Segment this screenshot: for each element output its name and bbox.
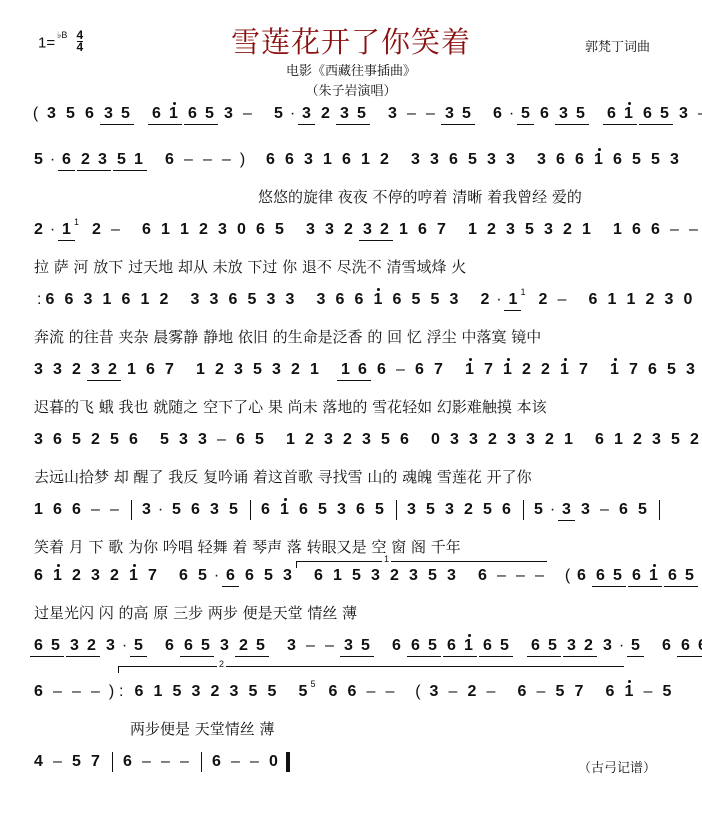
note: 1 xyxy=(123,360,140,380)
note-group: 3 xyxy=(666,150,683,170)
note-group: 5 xyxy=(156,430,173,450)
note: 3 xyxy=(320,430,337,450)
note-group: 2 xyxy=(376,150,393,170)
note: 6 xyxy=(68,500,85,520)
note: 3 xyxy=(66,636,83,656)
note-group: 3 xyxy=(43,104,60,124)
note: 5 xyxy=(168,682,185,702)
note: 5 xyxy=(260,566,277,586)
note: 3 xyxy=(175,430,192,450)
note-group: 3 xyxy=(230,360,247,380)
barline xyxy=(112,752,113,772)
note-group: 1 xyxy=(357,150,374,170)
dash-extension: – xyxy=(227,752,244,772)
note-group: 6 xyxy=(644,360,661,380)
note: 2 xyxy=(287,360,304,380)
note-group: 1 xyxy=(609,220,626,240)
note: 5 xyxy=(609,566,626,586)
note: 7 xyxy=(575,360,592,380)
note-group: 5 xyxy=(658,682,675,702)
note: 6 xyxy=(343,682,360,702)
note-group: – xyxy=(199,150,216,170)
augmentation-dot: · xyxy=(155,500,166,520)
note: 3 xyxy=(268,360,285,380)
note-high: 1 xyxy=(556,360,573,380)
note: 1 xyxy=(464,220,481,240)
note-group: 3 xyxy=(320,430,337,450)
note: 2 xyxy=(30,220,47,240)
note: 3 xyxy=(445,290,462,310)
note-group: – xyxy=(482,682,499,702)
note: 6 xyxy=(262,150,279,170)
augmentation-dot: · xyxy=(211,566,222,586)
note-group: 6 xyxy=(224,290,241,310)
barline xyxy=(131,500,132,520)
dash-extension: – xyxy=(246,752,263,772)
note-group: 3 xyxy=(483,150,500,170)
note: 2 xyxy=(580,636,597,656)
note-group: – xyxy=(553,290,570,310)
note-group: 1 xyxy=(461,360,478,380)
note-group: 3 xyxy=(79,290,96,310)
note: 3 xyxy=(648,430,665,450)
note: 6 xyxy=(628,220,645,240)
note-group: 6 xyxy=(175,566,192,586)
note: 3 xyxy=(336,104,353,124)
note-group: 5 xyxy=(249,360,266,380)
dash-extension: – xyxy=(321,636,338,656)
dash-extension: – xyxy=(531,566,548,586)
note-group: 6 xyxy=(411,360,428,380)
dash-extension: – xyxy=(106,500,123,520)
note-group: 5 xyxy=(62,104,79,124)
note-group: 3 xyxy=(384,104,401,124)
note-group: 6 xyxy=(262,150,279,170)
note: 5 xyxy=(551,682,568,702)
note-high: 1 xyxy=(125,566,142,586)
note: 2 xyxy=(534,290,551,310)
note-group: 3 xyxy=(425,682,442,702)
note-group: 2·1 xyxy=(476,290,521,311)
dash-extension: – xyxy=(87,682,104,702)
note: 5 xyxy=(424,636,441,656)
note-group: 6 xyxy=(445,150,462,170)
note-group: 5·6 xyxy=(194,566,239,587)
note: 7 xyxy=(87,752,104,772)
note: 5 xyxy=(422,500,439,520)
note: 5 xyxy=(194,566,211,586)
note-group: 6 xyxy=(310,566,327,586)
note: 5 xyxy=(656,104,673,124)
note-group: ) xyxy=(106,682,117,702)
note-group: 6 xyxy=(474,566,491,586)
note-group: 2 xyxy=(68,360,85,380)
paren: ( xyxy=(562,566,573,586)
note: 6 xyxy=(281,150,298,170)
note-group: 35 xyxy=(100,104,134,125)
note-group: 5 xyxy=(377,430,394,450)
note-group: 5 xyxy=(663,360,680,380)
note: 3 xyxy=(281,290,298,310)
note-group: – xyxy=(138,752,155,772)
note-group: 7 xyxy=(480,360,497,380)
note: 6 xyxy=(60,290,77,310)
note-group: 7 xyxy=(430,360,447,380)
note-group: 65 xyxy=(639,104,673,125)
note-high: 1 xyxy=(49,566,66,586)
dash-extension: – xyxy=(68,682,85,702)
note-group: 6 xyxy=(119,752,136,772)
note-group: 5 xyxy=(521,220,538,240)
note: 2 xyxy=(155,290,172,310)
note-group: 3 xyxy=(87,566,104,586)
note: 5 xyxy=(168,500,185,520)
note: 6 xyxy=(224,290,241,310)
note: 6 xyxy=(443,636,460,656)
note: 7 xyxy=(144,566,161,586)
note: 3 xyxy=(206,500,223,520)
note-group: 5 xyxy=(647,150,664,170)
note: 3 xyxy=(502,220,519,240)
note-group: 3 xyxy=(443,566,460,586)
note: 6 xyxy=(388,290,405,310)
paren: ) xyxy=(106,682,117,702)
note-group: 6 xyxy=(658,636,675,656)
note: 5 xyxy=(517,104,534,125)
note-group: 6 xyxy=(698,290,702,310)
note-group: 6 xyxy=(628,220,645,240)
note: 2 xyxy=(106,566,123,586)
dash-extension: – xyxy=(403,104,420,124)
note-group: 6 xyxy=(552,150,569,170)
note-group: 3 xyxy=(465,430,482,450)
note: 3 xyxy=(300,150,317,170)
note: 3 xyxy=(563,636,580,656)
note: 5 xyxy=(458,104,475,124)
dash-extension: – xyxy=(381,682,398,702)
note-group: 6 xyxy=(142,360,159,380)
note-group: 2 xyxy=(541,430,558,450)
note: 1 xyxy=(610,430,627,450)
note-group: 3 xyxy=(194,430,211,450)
note: 6 xyxy=(161,150,178,170)
note-group: 6 xyxy=(388,636,405,656)
grace-note: 1 xyxy=(74,212,79,232)
note-group: 3 xyxy=(446,430,463,450)
note: 5 xyxy=(270,104,287,124)
note: 1 xyxy=(130,150,147,170)
note-high: 1 xyxy=(620,104,637,124)
note: 5 xyxy=(348,566,365,586)
note-group: 5 xyxy=(426,290,443,310)
note-group: – xyxy=(666,220,683,240)
note-group: 6 xyxy=(130,682,147,702)
score-line: 6–––):615323555566––(3–2–6–5761–5两步便是 天堂… xyxy=(30,682,674,734)
note: 5 xyxy=(244,682,261,702)
note: 5 xyxy=(496,636,513,656)
note-group: – xyxy=(531,566,548,586)
note-group: 5 xyxy=(407,290,424,310)
note-group: 1 xyxy=(395,220,412,240)
note-group: – xyxy=(596,500,613,520)
note-group: 65 xyxy=(664,566,698,587)
note: 3 xyxy=(30,430,47,450)
note-group: 1 xyxy=(276,500,293,520)
note: 3 xyxy=(675,104,692,124)
note-group: 3 xyxy=(333,500,350,520)
note-group: 12 xyxy=(523,290,551,310)
note-group: 3 xyxy=(533,150,550,170)
note: 6 xyxy=(208,752,225,772)
note-group: 1 xyxy=(319,150,336,170)
note: 5 xyxy=(464,150,481,170)
note-group: 65 xyxy=(184,104,218,125)
note-group: 65 xyxy=(479,636,513,657)
note-group: 2 xyxy=(68,566,85,586)
note-high: 1 xyxy=(499,360,516,380)
note-group: 65 xyxy=(180,636,214,657)
note: 5 xyxy=(113,150,130,170)
dash-extension: – xyxy=(87,500,104,520)
repeat-colon: : xyxy=(119,682,123,702)
note-group: 6 xyxy=(41,290,58,310)
note: 2 xyxy=(206,682,223,702)
note: 3 xyxy=(465,430,482,450)
note: 3 xyxy=(138,500,155,520)
note: 6 xyxy=(527,636,544,656)
note-group: 65 xyxy=(527,636,561,657)
note: 3 xyxy=(283,636,300,656)
note: 1 xyxy=(609,220,626,240)
barline xyxy=(250,500,251,520)
note-group: 6 xyxy=(647,220,664,240)
note-group: 2 xyxy=(386,566,403,586)
note-group: 5 xyxy=(243,290,260,310)
note-group: 2 xyxy=(155,290,172,310)
note: 6 xyxy=(489,104,506,124)
note-group: 1 xyxy=(603,290,620,310)
note-group: 3 xyxy=(206,500,223,520)
note: 3 xyxy=(279,566,296,586)
note: 5 xyxy=(249,360,266,380)
note: 6 xyxy=(498,500,515,520)
note-group: 3 xyxy=(403,500,420,520)
note: 6 xyxy=(161,636,178,656)
note-group: 3 xyxy=(367,566,384,586)
note: 5 xyxy=(424,566,441,586)
note: 3 xyxy=(79,290,96,310)
lyrics-line: 两步便是 天堂情丝 薄 xyxy=(130,718,275,739)
note: 3 xyxy=(405,566,422,586)
note-group: 6 xyxy=(30,566,47,586)
note: 6 xyxy=(81,104,98,124)
augmentation-dot: · xyxy=(119,636,130,656)
note-group: 1 xyxy=(192,360,209,380)
note-group: 7 xyxy=(144,566,161,586)
augmentation-dot: · xyxy=(616,636,627,656)
author-credit: 郭梵丁词曲 xyxy=(585,36,650,55)
note-group: 6 xyxy=(161,636,178,656)
score-line: :6631612336533366165532·112–61123065奔流 的… xyxy=(30,290,674,342)
note: 5 xyxy=(521,220,538,240)
note: 3 xyxy=(216,636,233,656)
dash-extension: – xyxy=(694,104,702,124)
score-line: 332321671235321166–6717122171765312迟暮的飞 … xyxy=(30,360,674,412)
note-group: 6 xyxy=(81,104,98,124)
note-group: – xyxy=(87,500,104,520)
augmentation-dot: · xyxy=(506,104,517,124)
note-group: 3 xyxy=(49,360,66,380)
note: 7 xyxy=(480,360,497,380)
note: 2 xyxy=(483,220,500,240)
dash-extension: – xyxy=(49,682,66,702)
note-group: 23 xyxy=(77,150,111,171)
note: 5 xyxy=(627,636,644,657)
note-group: 6 xyxy=(208,752,225,772)
final-barline xyxy=(286,752,290,772)
note-group: 6 xyxy=(252,220,269,240)
note: 2 xyxy=(68,566,85,586)
note-group: 6 xyxy=(161,150,178,170)
note: 3 xyxy=(262,290,279,310)
note-group: 7 xyxy=(575,360,592,380)
note: 2 xyxy=(476,290,493,310)
dash-extension: – xyxy=(422,104,439,124)
note-group: 3 xyxy=(405,566,422,586)
note: 1 xyxy=(282,430,299,450)
note-high: 1 xyxy=(369,290,386,310)
note-group: – xyxy=(246,752,263,772)
note: 2 xyxy=(376,150,393,170)
note-group: 3 xyxy=(302,220,319,240)
note-group: 1 xyxy=(306,360,323,380)
note-group: 3 xyxy=(426,150,443,170)
note-group: 5·6 xyxy=(30,150,75,171)
note: 1 xyxy=(337,360,354,380)
note-high: 1 xyxy=(276,500,293,520)
note-group: 3 xyxy=(279,566,296,586)
note-group: 1 xyxy=(282,430,299,450)
augmentation-dot: · xyxy=(47,150,58,170)
note-group: 6 xyxy=(352,500,369,520)
note-group: – xyxy=(157,752,174,772)
note: 6 xyxy=(513,682,530,702)
dash-extension: – xyxy=(49,752,66,772)
note-group: 6 xyxy=(601,682,618,702)
note: 5 xyxy=(377,430,394,450)
note-group: 6 xyxy=(513,682,530,702)
note: 5 xyxy=(634,500,651,520)
note: 6 xyxy=(222,566,239,587)
note: 3 xyxy=(483,150,500,170)
note-group: 6 xyxy=(60,290,77,310)
grace-slot: 1 xyxy=(523,290,534,310)
note-group: – xyxy=(239,104,256,124)
note: 3 xyxy=(30,360,47,380)
note-group: 5 xyxy=(106,430,123,450)
note: 1 xyxy=(560,430,577,450)
note-group: 1 xyxy=(329,566,346,586)
note-group: 6 xyxy=(396,430,413,450)
note: 3 xyxy=(302,220,319,240)
note: 3 xyxy=(359,220,376,240)
dash-extension: – xyxy=(493,566,510,586)
note-group: 1 xyxy=(98,290,115,310)
note-group: 1 xyxy=(176,220,193,240)
note: 6 xyxy=(257,500,274,520)
note: 3 xyxy=(540,220,557,240)
note: 6 xyxy=(138,220,155,240)
augmentation-dot: · xyxy=(47,220,58,240)
note-group: 6 xyxy=(571,150,588,170)
note: 2 xyxy=(301,430,318,450)
note: 5 xyxy=(271,220,288,240)
note: 5 xyxy=(68,430,85,450)
note: 3 xyxy=(503,430,520,450)
note: 1 xyxy=(149,682,166,702)
note: 2 xyxy=(83,636,100,656)
note-group: 2 xyxy=(463,682,480,702)
note-group: 3 xyxy=(675,104,692,124)
note-group: 3 xyxy=(503,430,520,450)
note: 5 xyxy=(201,104,218,124)
note-group: ( xyxy=(30,104,41,124)
augmentation-dot: · xyxy=(547,500,558,520)
note-group: 6 xyxy=(49,500,66,520)
note: 5 xyxy=(294,682,311,702)
dash-extension: – xyxy=(218,150,235,170)
note-group: 0 xyxy=(265,752,282,772)
volta-label: 2 xyxy=(217,659,226,669)
note: 2 xyxy=(460,500,477,520)
note: 6 xyxy=(584,290,601,310)
note: 3 xyxy=(666,150,683,170)
note: 5 xyxy=(117,104,134,124)
note: 3 xyxy=(333,500,350,520)
note: 6 xyxy=(388,636,405,656)
lyrics-line: 迟暮的飞 蛾 我也 就随之 空下了心 果 尚未 落地的 雪花轻如 幻影难触摸 本… xyxy=(34,396,547,417)
note: 6 xyxy=(411,360,428,380)
note-group: 3 xyxy=(268,360,285,380)
note-group: 6 xyxy=(241,566,258,586)
note: 6 xyxy=(331,290,348,310)
note: 2 xyxy=(88,220,105,240)
lyrics-line: 笑着 月 下 歌 为你 吟唱 轻舞 着 琴声 落 转眼又是 空 窗 阁 千年 xyxy=(34,536,461,557)
note: 3 xyxy=(194,430,211,450)
note: 3 xyxy=(358,430,375,450)
note: 6 xyxy=(644,360,661,380)
note: 2 xyxy=(77,150,94,170)
note-group: 3 xyxy=(186,290,203,310)
note: 5 xyxy=(681,566,698,586)
note-group: 6 xyxy=(343,682,360,702)
note: 6 xyxy=(601,682,618,702)
note-group: 3· xyxy=(138,500,166,520)
note-group: 65 xyxy=(407,636,441,657)
note: 3 xyxy=(558,500,575,521)
note: 2 xyxy=(559,220,576,240)
note-group: 1 xyxy=(578,220,595,240)
note-group: – xyxy=(362,682,379,702)
note: 5 xyxy=(530,500,547,520)
note-group: 5·3 xyxy=(530,500,575,521)
note: 2 xyxy=(484,430,501,450)
note: 3 xyxy=(441,500,458,520)
note-group: 2·1 xyxy=(30,220,75,241)
augmentation-dot: · xyxy=(287,104,298,124)
note-group: 5 xyxy=(68,430,85,450)
score-line: 365256533–65123235603323321612352去远山拾梦 却… xyxy=(30,430,674,482)
